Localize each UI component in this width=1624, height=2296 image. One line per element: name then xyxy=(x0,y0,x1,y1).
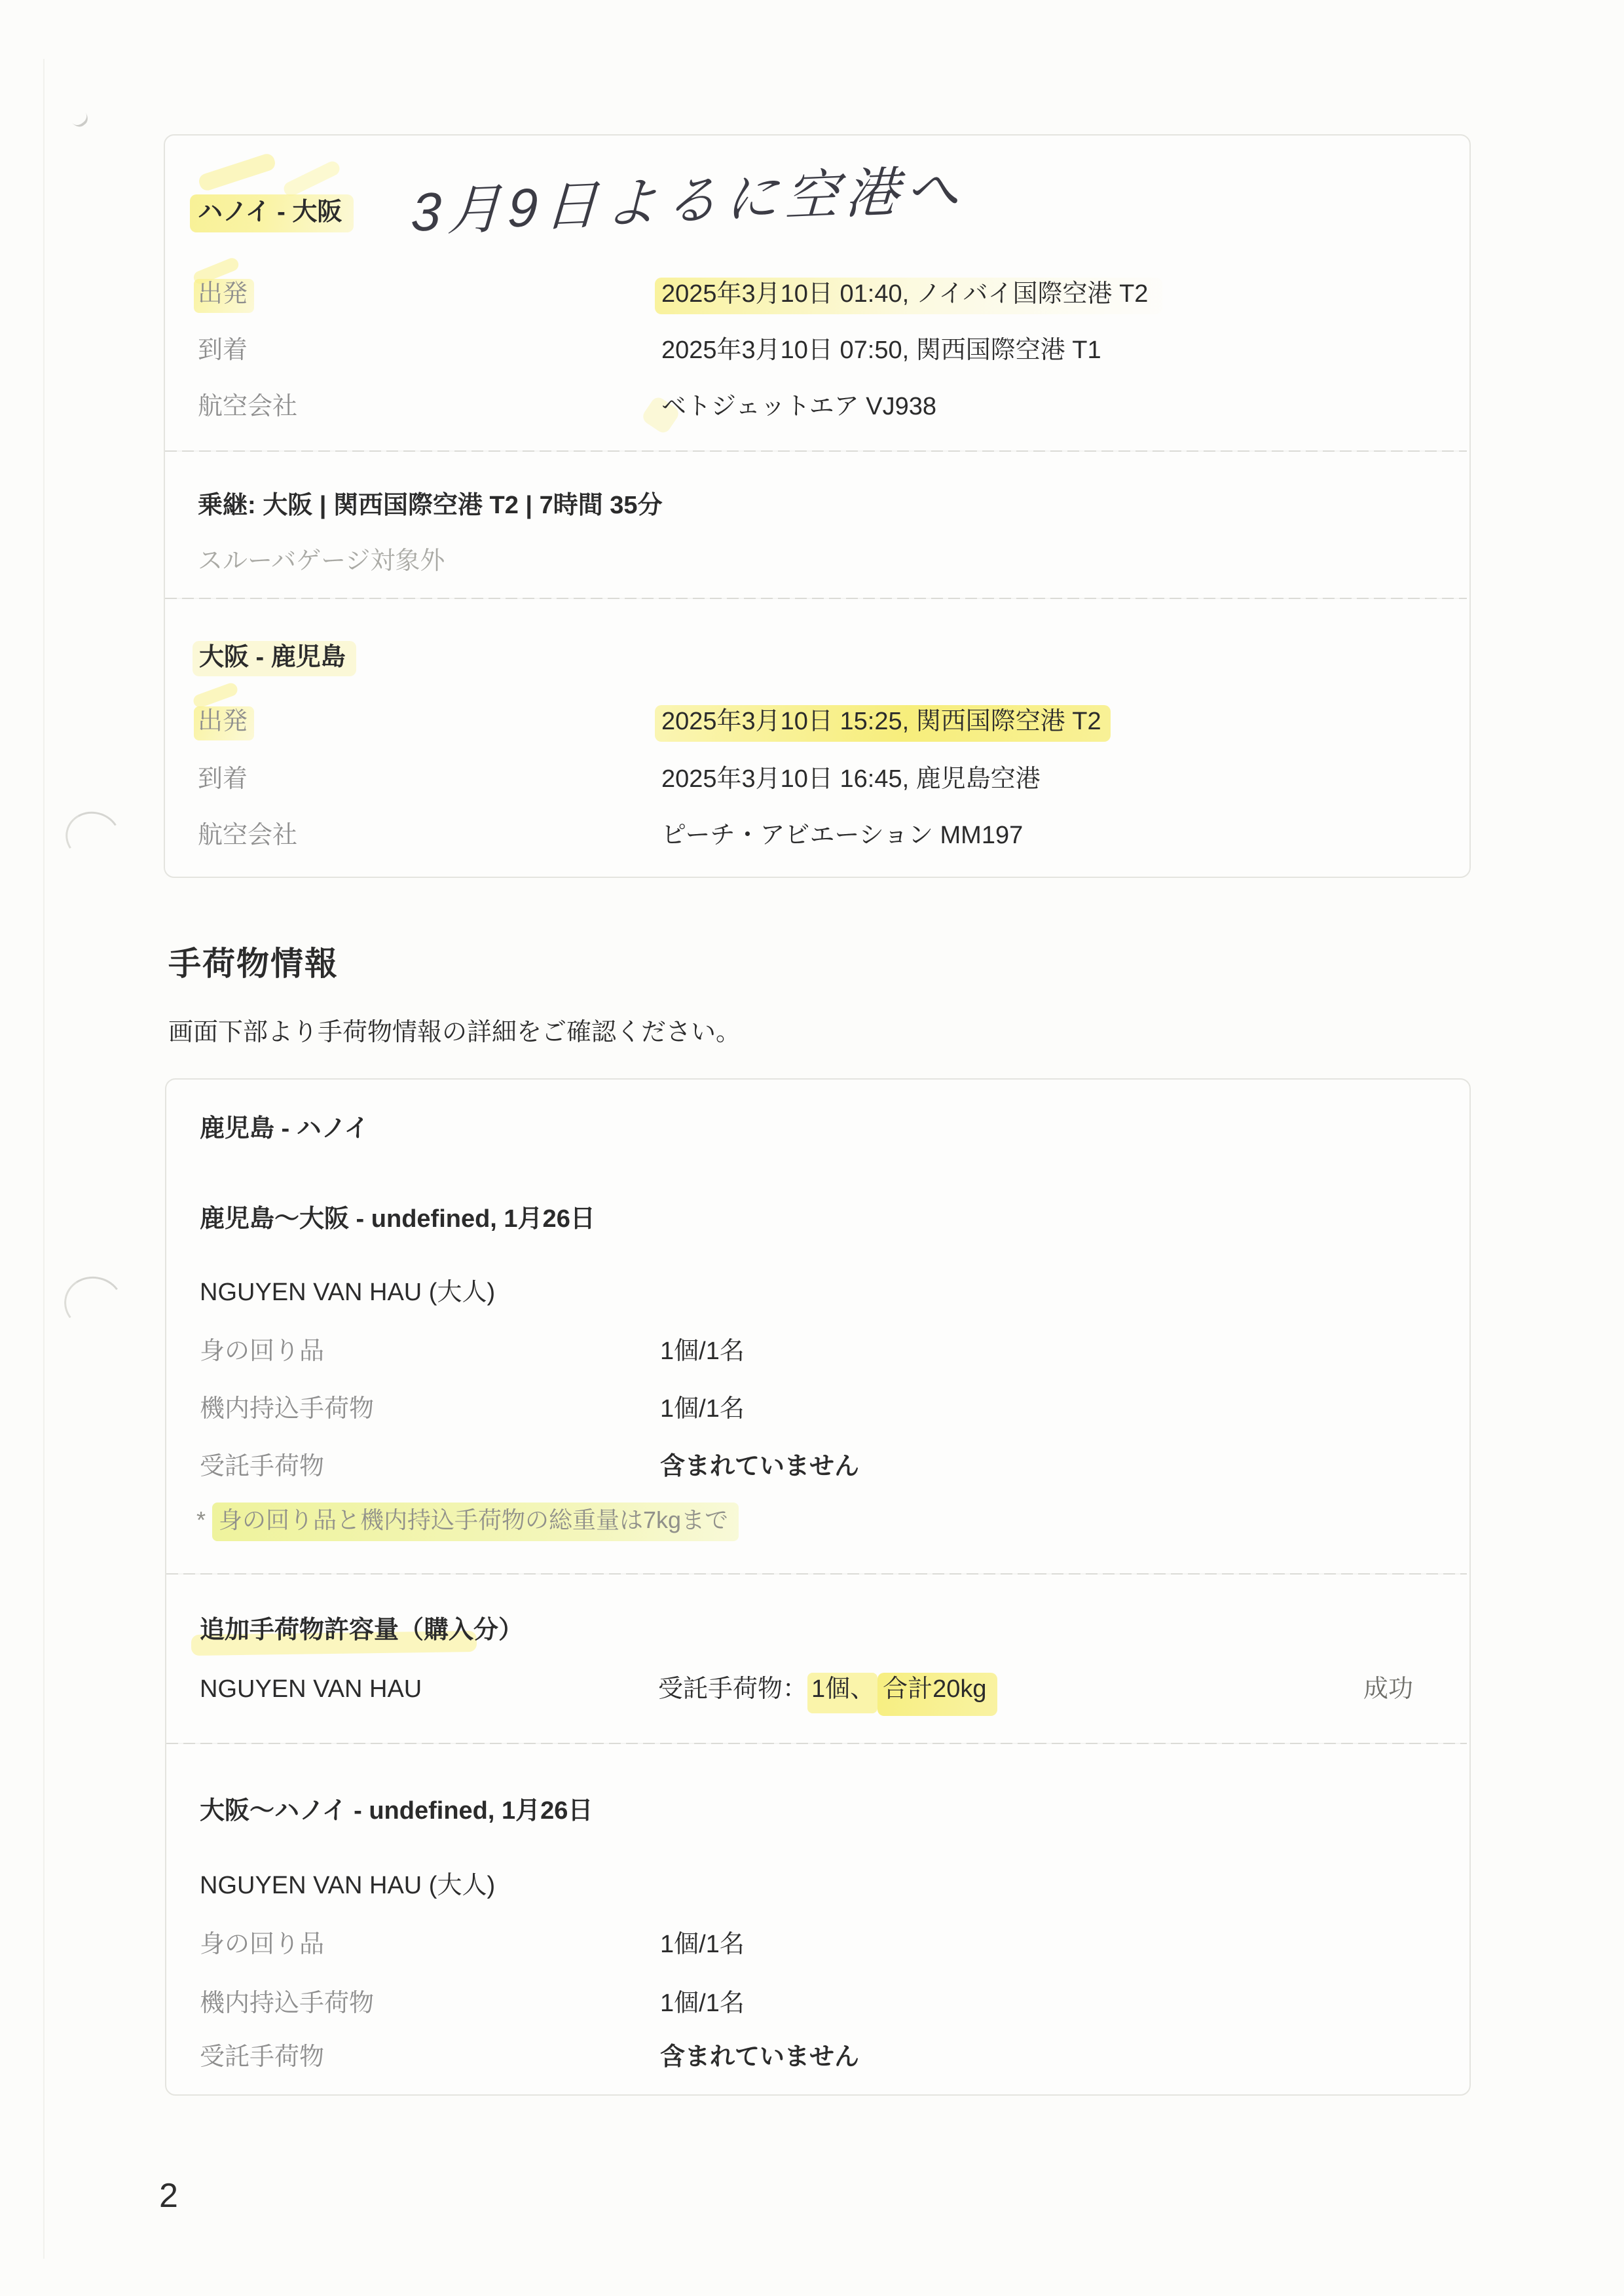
transfer-note: スルーバゲージ対象外 xyxy=(198,545,445,577)
scan-arc-artifact-2 xyxy=(60,1272,128,1335)
transfer-info: 乗継: 大阪 | 関西国際空港 T2 | 7時間 35分 xyxy=(198,490,663,521)
scanned-itinerary-page: { "document": { "page_number": "2", "han… xyxy=(0,0,1624,2296)
baggage-section1-passenger: NGUYEN VAN HAU (大人) xyxy=(200,1277,495,1308)
departure-label-segment1: 出発 xyxy=(194,278,254,310)
route-title-highlight: ハノイ - 大阪 xyxy=(190,194,354,232)
card-divider xyxy=(166,1573,1467,1575)
carry-on-label: 機内持込手荷物 xyxy=(200,1393,374,1425)
additional-detail-count: 1個、 xyxy=(807,1673,877,1713)
weight-limit-note: * 身の回り品と機内持込手荷物の総重量は7kgまで xyxy=(196,1504,739,1536)
baggage-section2-title: 大阪～ハノイ - undefined, 1月26日 xyxy=(200,1795,593,1827)
airline-value-segment1: ベトジェットエア VJ938 xyxy=(661,391,936,422)
card-divider xyxy=(166,1743,1467,1744)
pen-mark-artifact xyxy=(65,103,91,130)
carry-on-value: 1個/1名 xyxy=(660,1393,745,1425)
arrival-value-segment2: 2025年3月10日 16:45, 鹿児島空港 xyxy=(661,763,1041,795)
scan-arc-artifact-1 xyxy=(60,806,126,867)
additional-detail-label: 受託手荷物： xyxy=(658,1675,807,1703)
baggage-section2-passenger: NGUYEN VAN HAU (大人) xyxy=(200,1870,495,1901)
departure-label-segment2: 出発 xyxy=(194,706,254,737)
checked-baggage-label: 受託手荷物 xyxy=(200,2041,324,2073)
baggage-card-title: 鹿児島 - ハノイ xyxy=(200,1113,369,1144)
airline-label-segment2: 航空会社 xyxy=(198,820,297,851)
baggage-section1-title: 鹿児島～大阪 - undefined, 1月26日 xyxy=(200,1203,595,1235)
additional-detail: 受託手荷物：1個、合計20kg xyxy=(658,1673,997,1705)
additional-status: 成功 xyxy=(1363,1673,1413,1705)
personal-item-value: 1個/1名 xyxy=(660,1929,745,1960)
additional-detail-total: 合計20kg xyxy=(877,1673,997,1716)
personal-item-label: 身の回り品 xyxy=(200,1336,324,1367)
arrival-label-segment2: 到着 xyxy=(198,763,248,795)
baggage-heading: 手荷物情報 xyxy=(168,948,339,979)
route-title-segment2: 大阪 - 鹿児島 xyxy=(193,642,356,673)
arrival-value-segment1: 2025年3月10日 07:50, 関西国際空港 T1 xyxy=(661,335,1101,366)
card-divider xyxy=(165,598,1467,599)
checked-baggage-label: 受託手荷物 xyxy=(200,1451,324,1482)
checked-baggage-value: 含まれていません xyxy=(660,1451,859,1482)
airline-label-segment1: 航空会社 xyxy=(198,391,297,422)
route-title-highlight: 大阪 - 鹿児島 xyxy=(193,641,356,676)
airline-value-segment2: ピーチ・アビエーション MM197 xyxy=(661,820,1023,851)
checked-baggage-value: 含まれていません xyxy=(660,2041,859,2073)
page-number: 2 xyxy=(159,2180,178,2212)
carry-on-label: 機内持込手荷物 xyxy=(200,1988,374,2019)
card-divider xyxy=(165,450,1467,452)
departure-value-segment2: 2025年3月10日 15:25, 関西国際空港 T2 xyxy=(655,706,1111,737)
note-highlight: 身の回り品と機内持込手荷物の総重量は7kgまで xyxy=(212,1503,739,1541)
departure-value-segment1: 2025年3月10日 01:40, ノイバイ国際空港 T2 xyxy=(655,278,1162,310)
personal-item-label: 身の回り品 xyxy=(200,1929,324,1960)
arrival-label-segment1: 到着 xyxy=(198,335,248,366)
baggage-subheading: 画面下部より手荷物情報の詳細をご確認ください。 xyxy=(168,1017,741,1048)
carry-on-value: 1個/1名 xyxy=(660,1988,745,2019)
additional-passenger: NGUYEN VAN HAU xyxy=(200,1673,422,1705)
paper-crease-line xyxy=(43,59,45,2259)
additional-allowance-title: 追加手荷物許容量（購入分） xyxy=(200,1614,523,1646)
note-asterisk: * xyxy=(196,1506,206,1533)
personal-item-value: 1個/1名 xyxy=(660,1336,745,1367)
route-title-segment1: ハノイ - 大阪 xyxy=(190,196,354,228)
